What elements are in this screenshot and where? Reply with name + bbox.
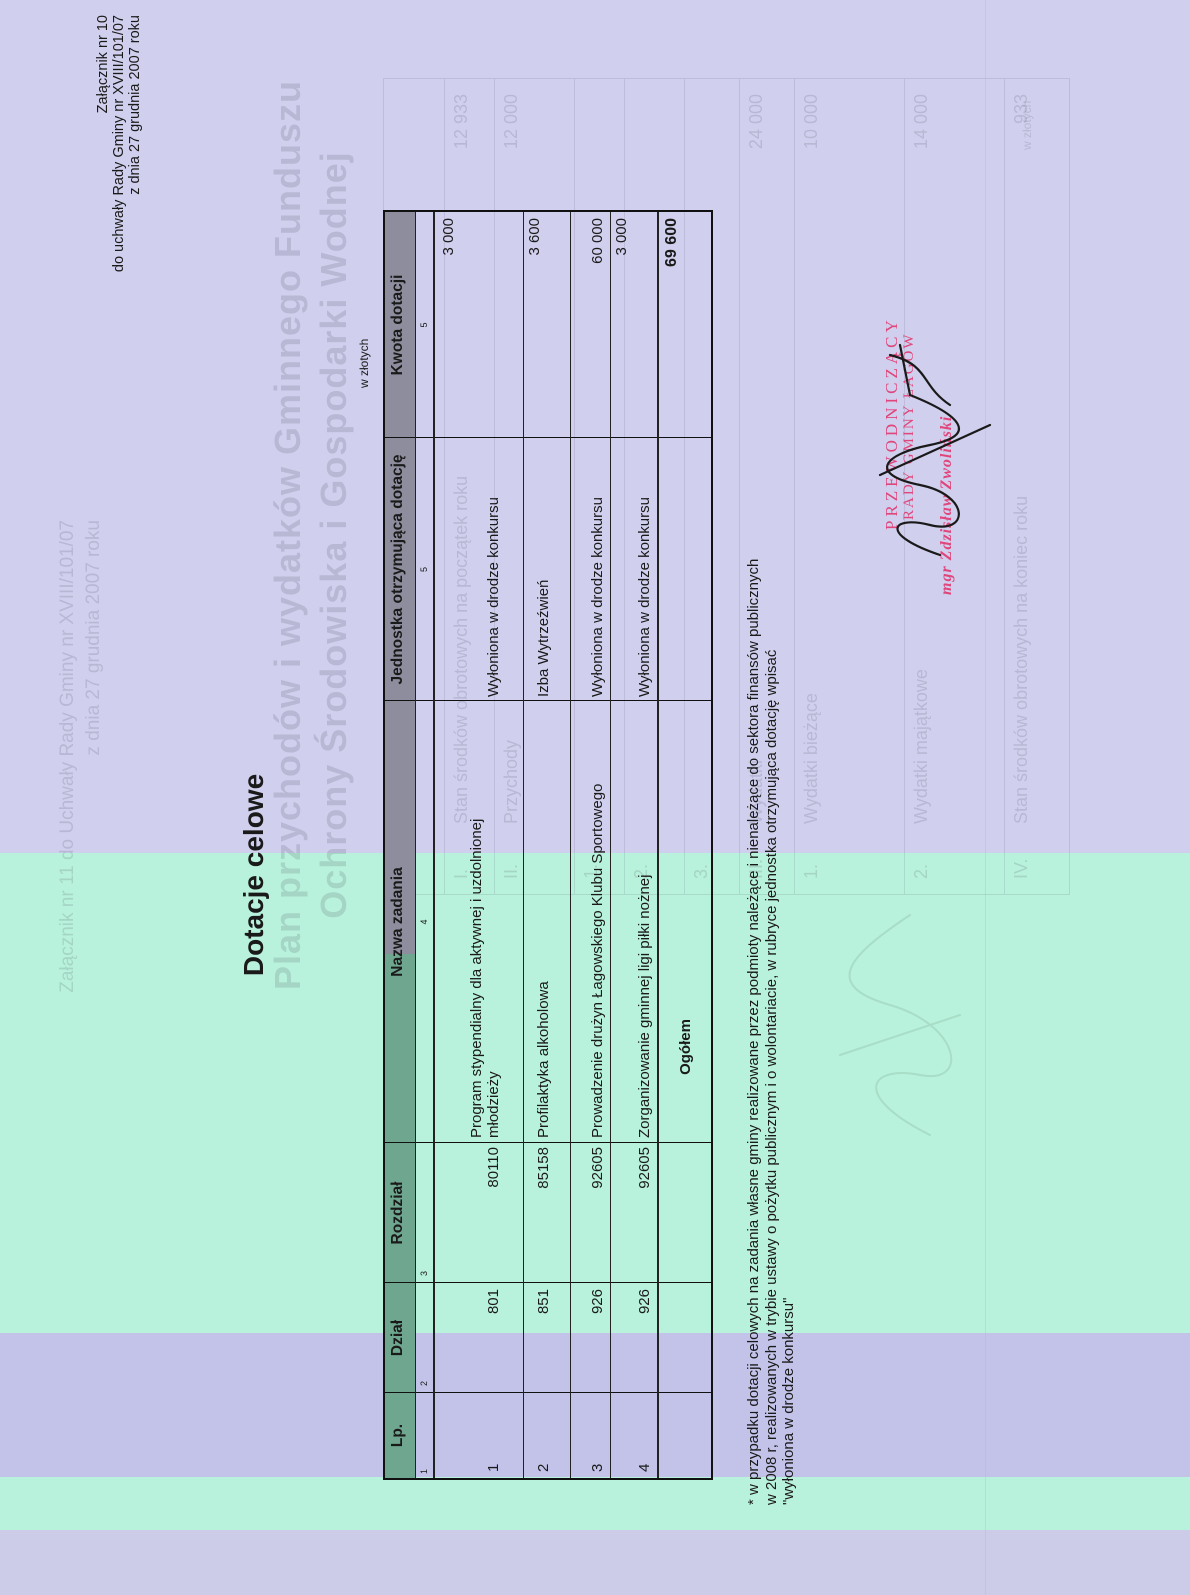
annex-header: Załącznik nr 10 do uchwały Rady Gminy nr… [95, 15, 143, 415]
bleed-table-row: 1.Wydatki bieżące10 000 [794, 79, 835, 894]
column-number: 3 [419, 1271, 429, 1276]
cell-lp: 1 [485, 1464, 502, 1472]
bleed-table-cell: 10 000 [801, 94, 822, 149]
cell-rozdzial: 92605 [636, 1147, 653, 1283]
total-label: Ogółem [677, 701, 694, 1393]
row-divider [610, 212, 611, 1478]
footnote: * w przypadku dotacji celowych na zadani… [745, 305, 798, 1505]
cell-jednostka: Wyłoniona w drodze konkursu [589, 497, 606, 697]
total-value: 69 600 [663, 218, 680, 438]
scan-artifact-line [985, 0, 986, 1595]
row-divider [523, 212, 524, 1478]
cell-lp: 4 [636, 1464, 653, 1472]
header-rozdzial: Rozdział [389, 1143, 407, 1283]
column-number: 1 [419, 1469, 429, 1474]
header-lp: Lp. [389, 1393, 407, 1478]
footnote-line: * w przypadku dotacji celowych na zadani… [745, 305, 763, 1505]
cell-jednostka: Izba Wytrzeźwień [535, 580, 552, 697]
cell-nazwa: Program stypendialny dla aktywnej i uzdo… [468, 819, 485, 1138]
bleed-title-line: Plan przychodów i wydatków Gminnego Fund… [265, 35, 311, 1035]
bleed-through-header: Załącznik nr 11 do Uchwały Rady Gminy nr… [55, 520, 107, 1120]
cell-nazwa: Prowadzenie drużyn Łagowskiego Klubu Spo… [589, 784, 606, 1138]
faint-signature-icon [810, 895, 980, 1155]
row-divider [415, 212, 416, 1478]
bleed-table-cell: 933 [1011, 94, 1032, 124]
bleed-table-cell: 14 000 [911, 94, 932, 149]
row-divider [657, 212, 659, 1478]
annex-number: Załącznik nr 10 [95, 15, 111, 415]
column-number: 5 [419, 212, 429, 438]
footnote-line: w 2008 r, realizowanych w trybie ustawy … [763, 305, 781, 1505]
cell-nazwa-cont: młodzieży [485, 1071, 502, 1138]
cell-dzial: 801 [485, 1289, 502, 1393]
bleed-table-cell: 2. [911, 864, 932, 879]
bleed-header-line: Załącznik nr 11 do Uchwały Rady Gminy nr… [55, 520, 81, 1120]
bleed-table-cell: 12 000 [501, 94, 522, 149]
bleed-through-title: Plan przychodów i wydatków Gminnego Fund… [265, 35, 357, 1035]
cell-nazwa: Profilaktyka alkoholowa [535, 981, 552, 1138]
bleed-table-cell: 1. [801, 864, 822, 879]
row-divider [570, 212, 571, 1478]
cell-dzial: 926 [636, 1289, 653, 1393]
bleed-table-cell: IV. [1011, 859, 1032, 879]
cell-rozdzial: 85158 [535, 1147, 552, 1283]
cell-lp: 3 [589, 1464, 606, 1472]
annex-resolution: do uchwały Rady Gminy nr XVIII/101/07 [111, 15, 127, 415]
cell-nazwa: Zorganizowanie gminnej ligi piłki nożnej [636, 875, 653, 1138]
header-nazwa-zadania: Nazwa zadania [389, 701, 407, 1143]
signature-icon [860, 335, 1000, 565]
header-kwota: Kwota dotacji [389, 212, 407, 438]
cell-dzial: 926 [589, 1289, 606, 1393]
bleed-header-line: z dnia 27 grudnia 2007 roku [81, 520, 107, 1120]
column-number: 4 [419, 701, 429, 1143]
header-jednostka: Jednostka otrzymująca dotację [389, 438, 407, 701]
footnote-line: "wyłoniona w drodze konkursu" [780, 305, 798, 1505]
unit-label: w złotych [357, 339, 371, 388]
cell-jednostka: Wyłoniona w drodze konkursu [636, 497, 653, 697]
cell-rozdzial: 92605 [589, 1147, 606, 1283]
document-page: Załącznik nr 11 do Uchwały Rady Gminy nr… [0, 0, 1190, 1595]
cell-dzial: 851 [535, 1289, 552, 1393]
bleed-table-cell: Wydatki bieżące [801, 693, 822, 824]
page-title: Dotacje celowe [238, 675, 270, 1075]
bleed-table-cell: 12 933 [451, 94, 472, 149]
cell-rozdzial: 80110 [485, 1147, 502, 1283]
cell-kwota: 3 600 [526, 218, 543, 438]
cell-kwota: 3 000 [440, 218, 457, 438]
cell-lp: 2 [535, 1464, 552, 1472]
bleed-table-cell: 24 000 [746, 94, 767, 149]
bleed-table-cell: Wydatki majątkowe [911, 669, 932, 824]
grants-table: Lp. Dział Rozdział Nazwa zadania Jednost… [383, 210, 713, 1480]
bleed-table-row: IV.Stan środków obrotowych na koniec rok… [1004, 79, 1045, 894]
column-number: 2 [419, 1381, 429, 1386]
bleed-title-line: Ochrony Środowiska i Gospodarki Wodnej [311, 35, 357, 1035]
bleed-table-cell: Stan środków obrotowych na koniec roku [1011, 496, 1032, 824]
row-divider [433, 212, 435, 1478]
header-dzial: Dział [389, 1283, 407, 1393]
column-number: 5 [419, 438, 429, 701]
cell-kwota: 3 000 [613, 218, 630, 438]
cell-jednostka: Wyłoniona w drodze konkursu [485, 497, 502, 697]
annex-date: z dnia 27 grudnia 2007 roku [127, 15, 143, 415]
cell-kwota: 60 000 [589, 218, 606, 438]
